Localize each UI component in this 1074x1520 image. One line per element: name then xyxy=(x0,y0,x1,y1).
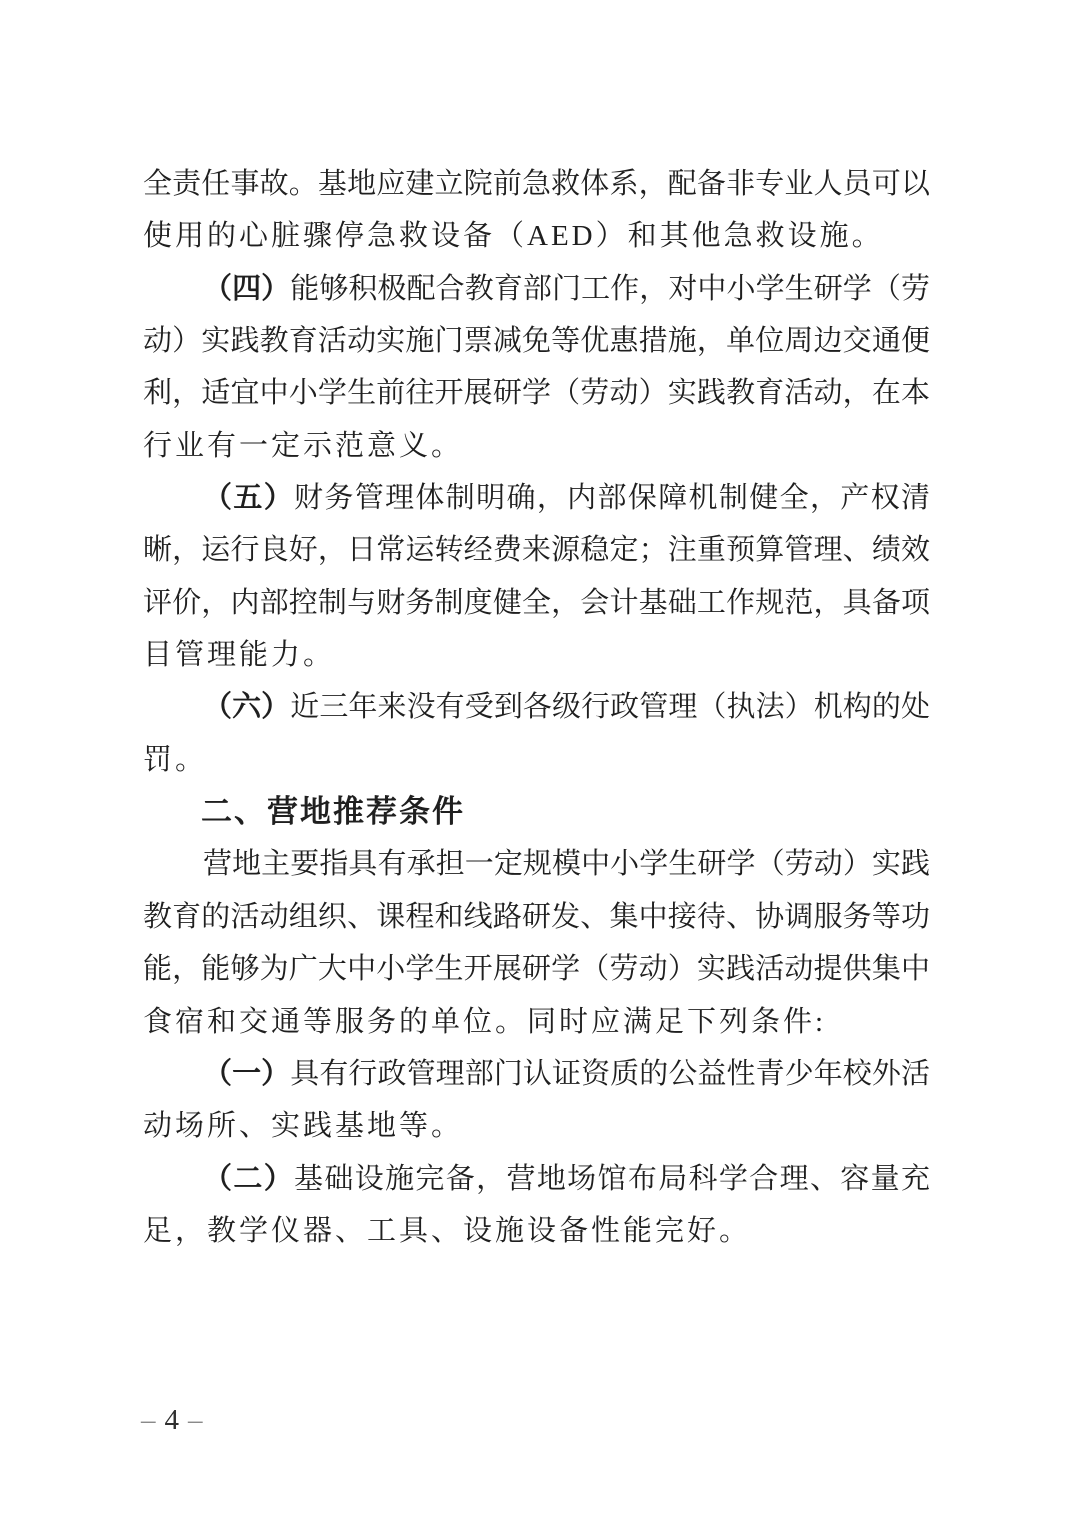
para-line: 目管理能力。 xyxy=(143,629,930,681)
section-heading: 二、营地推荐条件 xyxy=(143,786,930,838)
line-text: 行业有一定示范意义。 xyxy=(143,430,463,462)
para-line: 使用的心脏骤停急救设备（AED）和其他急救设施。 xyxy=(143,210,930,262)
line-text: 罚。 xyxy=(143,744,207,776)
para-line: 行业有一定示范意义。 xyxy=(143,420,930,472)
heading-text: 二、营地推荐条件 xyxy=(201,794,465,829)
line-text: 足，教学仪器、工具、设施设备性能完好。 xyxy=(143,1215,751,1247)
para-line: （一）具有行政管理部门认证资质的公益性青少年校外活 xyxy=(143,1048,930,1100)
para-line: 全责任事故。基地应建立院前急救体系，配备非专业人员可以 xyxy=(143,158,930,210)
para-line: 评价，内部控制与财务制度健全，会计基础工作规范，具备项 xyxy=(143,577,930,629)
page-number: 4 xyxy=(165,1404,180,1436)
para-line: 罚。 xyxy=(143,734,930,786)
para-line: 营地主要指具有承担一定规模中小学生研学（劳动）实践 xyxy=(143,838,930,890)
para-line: （五）财务管理体制明确，内部保障机制健全，产权清 xyxy=(143,472,930,524)
line-text: 能够积极配合教育部门工作，对中小学生研学（劳 xyxy=(290,273,930,305)
document-body: 全责任事故。基地应建立院前急救体系，配备非专业人员可以 使用的心脏骤停急救设备（… xyxy=(143,158,930,1257)
line-text: 基础设施完备，营地场馆布局科学合理、容量充 xyxy=(294,1163,930,1195)
line-text: 具有行政管理部门认证资质的公益性青少年校外活 xyxy=(290,1058,930,1090)
para-line: 晰，运行良好，日常运转经费来源稳定；注重预算管理、绩效 xyxy=(143,524,930,576)
footer-dash-right: – xyxy=(188,1404,203,1436)
line-text: 教育的活动组织、课程和线路研发、集中接待、协调服务等功 xyxy=(143,901,930,933)
line-text: 能，能够为广大中小学生开展研学（劳动）实践活动提供集中 xyxy=(143,953,930,985)
line-text: 利，适宜中小学生前往开展研学（劳动）实践教育活动，在本 xyxy=(143,377,930,409)
line-text: 目管理能力。 xyxy=(143,639,335,671)
line-text: 评价，内部控制与财务制度健全，会计基础工作规范，具备项 xyxy=(143,587,930,619)
line-text: 动场所、实践基地等。 xyxy=(143,1110,463,1142)
item-number: （六） xyxy=(203,691,290,723)
item-number: （二） xyxy=(203,1163,294,1195)
para-line: 利，适宜中小学生前往开展研学（劳动）实践教育活动，在本 xyxy=(143,367,930,419)
line-text: 使用的心脏骤停急救设备（AED）和其他急救设施。 xyxy=(143,220,884,252)
para-line: 能，能够为广大中小学生开展研学（劳动）实践活动提供集中 xyxy=(143,943,930,995)
line-text: 动）实践教育活动实施门票减免等优惠措施，单位周边交通便 xyxy=(143,325,930,357)
document-page: 全责任事故。基地应建立院前急救体系，配备非专业人员可以 使用的心脏骤停急救设备（… xyxy=(0,0,1074,1520)
line-text: 全责任事故。基地应建立院前急救体系，配备非专业人员可以 xyxy=(143,168,930,200)
line-text: 晰，运行良好，日常运转经费来源稳定；注重预算管理、绩效 xyxy=(143,534,930,566)
item-number: （五） xyxy=(203,482,294,514)
para-line: （二）基础设施完备，营地场馆布局科学合理、容量充 xyxy=(143,1153,930,1205)
para-line: 足，教学仪器、工具、设施设备性能完好。 xyxy=(143,1205,930,1257)
footer-dash-left: – xyxy=(141,1404,156,1436)
line-text: 近三年来没有受到各级行政管理（执法）机构的处 xyxy=(290,691,930,723)
line-text: 营地主要指具有承担一定规模中小学生研学（劳动）实践 xyxy=(203,848,930,880)
para-line: （六）近三年来没有受到各级行政管理（执法）机构的处 xyxy=(143,681,930,733)
item-number: （四） xyxy=(203,273,290,305)
para-line: 教育的活动组织、课程和线路研发、集中接待、协调服务等功 xyxy=(143,891,930,943)
para-line: （四）能够积极配合教育部门工作，对中小学生研学（劳 xyxy=(143,263,930,315)
page-footer: –4– xyxy=(141,1400,203,1440)
para-line: 动场所、实践基地等。 xyxy=(143,1100,930,1152)
para-line: 动）实践教育活动实施门票减免等优惠措施，单位周边交通便 xyxy=(143,315,930,367)
item-number: （一） xyxy=(203,1058,290,1090)
line-text: 食宿和交通等服务的单位。同时应满足下列条件: xyxy=(143,1006,826,1038)
para-line: 食宿和交通等服务的单位。同时应满足下列条件: xyxy=(143,996,930,1048)
line-text: 财务管理体制明确，内部保障机制健全，产权清 xyxy=(294,482,930,514)
